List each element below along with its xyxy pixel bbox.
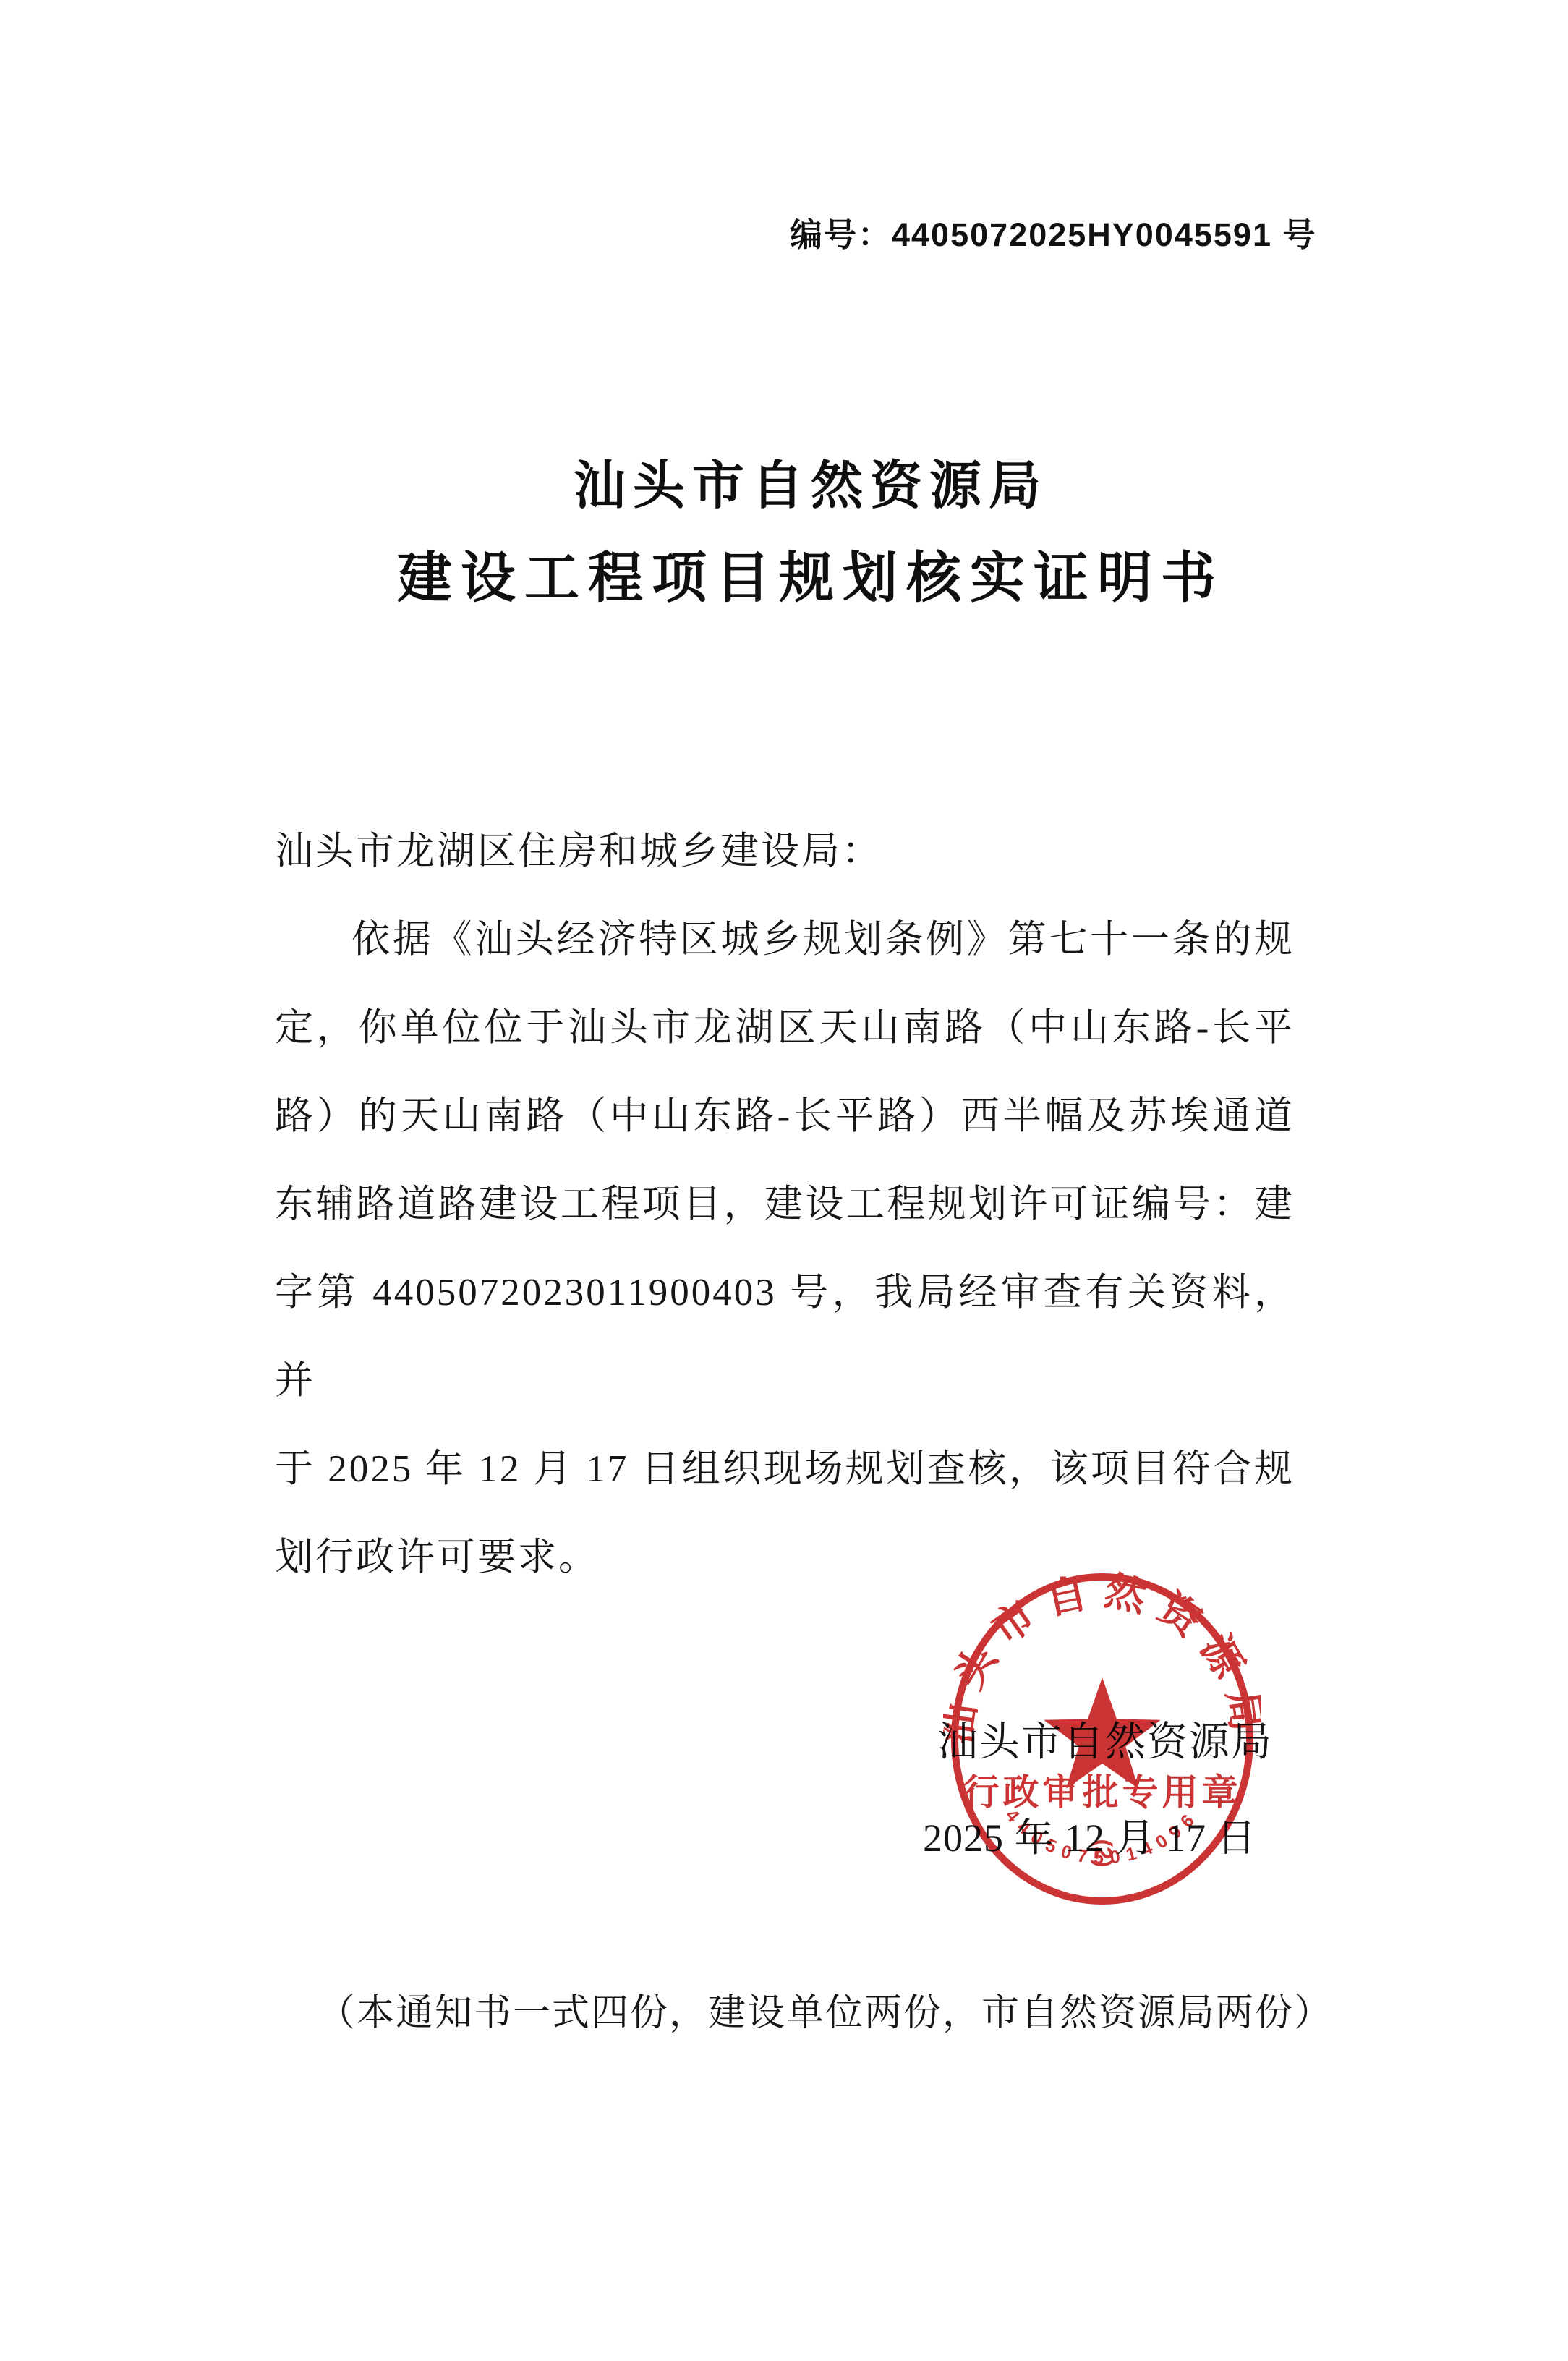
ref-number: 编号：4405072025HY0045591 号 bbox=[790, 208, 1316, 255]
body-line: 定，你单位位于汕头市龙湖区天山南路（中山东路-长平 bbox=[275, 984, 1295, 1072]
footer-note: （本通知书一式四份，建设单位两份，市自然资源局两份） bbox=[41, 1982, 1568, 2036]
document-title: 汕头市自然资源局 建设工程项目规划核实证明书 bbox=[27, 460, 1568, 606]
body-line: 于 2025 年 12 月 17 日组织现场规划查核，该项目符合规 bbox=[275, 1425, 1295, 1513]
body-line: 东辅路道路建设工程项目，建设工程规划许可证编号：建 bbox=[275, 1160, 1295, 1248]
body-line: 字第 4405072023011900403 号，我局经审查有关资料，并 bbox=[275, 1248, 1295, 1425]
title-line-2: 建设工程项目规划核实证明书 bbox=[27, 551, 1568, 606]
signature-date: 2025 年 12 月 17 日 bbox=[923, 1807, 1257, 1863]
title-line-1: 汕头市自然资源局 bbox=[27, 460, 1568, 512]
document-page: 编号：4405072025HY0045591 号 汕头市自然资源局 建设工程项目… bbox=[0, 0, 1568, 2361]
addressee-line: 汕头市龙湖区住房和城乡建设局： bbox=[275, 807, 1295, 896]
signature-org: 汕头市自然资源局 bbox=[937, 1710, 1273, 1768]
body-text: 汕头市龙湖区住房和城乡建设局： 依据《汕头经济特区城乡规划条例》第七十一条的规 … bbox=[275, 807, 1295, 1601]
body-line: 路）的天山南路（中山东路-长平路）西半幅及苏埃通道 bbox=[275, 1072, 1295, 1160]
body-line: 依据《汕头经济特区城乡规划条例》第七十一条的规 bbox=[275, 896, 1295, 984]
